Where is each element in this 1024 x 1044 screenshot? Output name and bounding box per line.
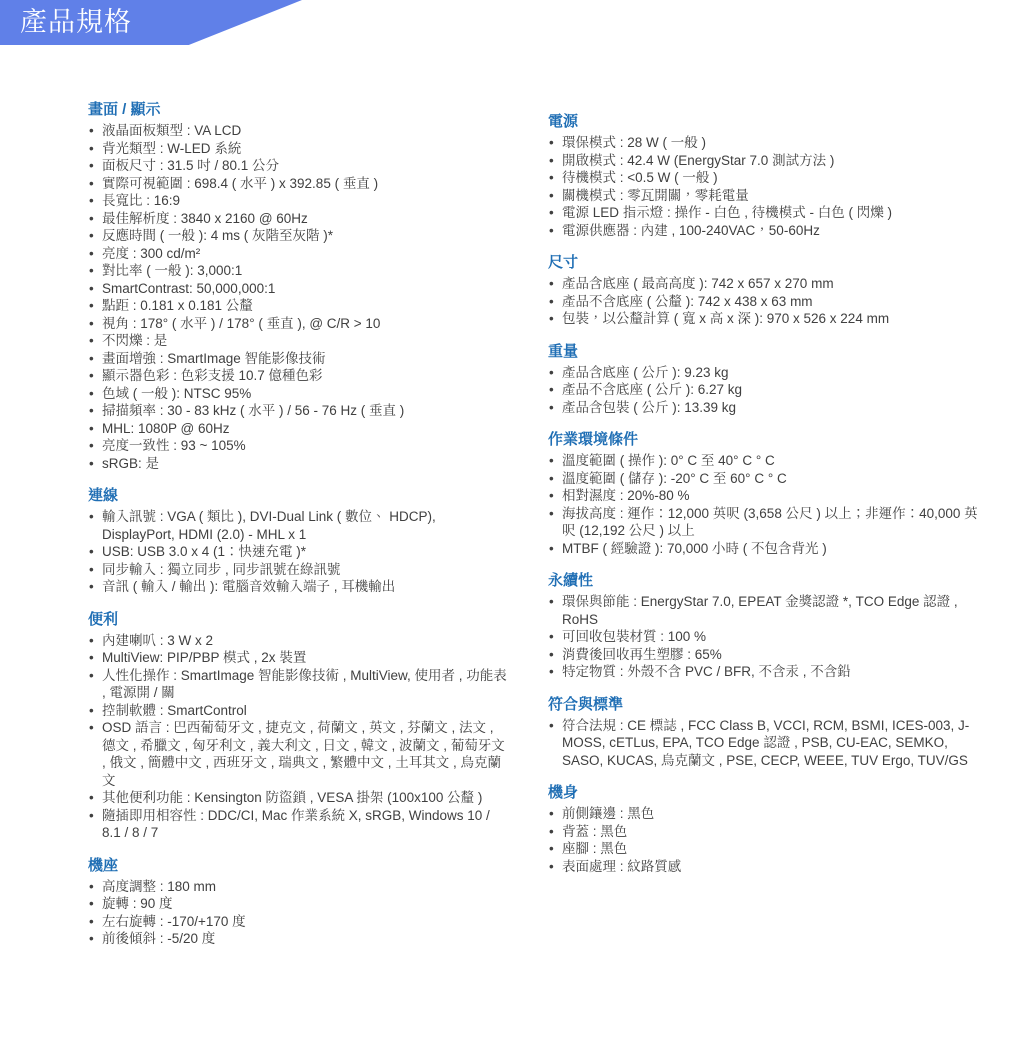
list-item: 色域 ( 一般 ): NTSC 95%: [88, 385, 508, 403]
list-item: 高度調整 : 180 mm: [88, 878, 508, 896]
section-title: 機身: [548, 783, 978, 802]
list-item: 面板尺寸 : 31.5 吋 / 80.1 公分: [88, 157, 508, 175]
spec-section: 連線輸入訊號 : VGA ( 類比 ), DVI-Dual Link ( 數位、…: [88, 486, 508, 596]
list-item: 音訊 ( 輸入 / 輸出 ): 電腦音效輸入端子 , 耳機輸出: [88, 578, 508, 596]
list-item: 待機模式 : <0.5 W ( 一般 ): [548, 169, 978, 187]
spec-section: 尺寸產品含底座 ( 最高高度 ): 742 x 657 x 270 mm產品不含…: [548, 253, 978, 328]
list-item: 亮度一致性 : 93 ~ 105%: [88, 437, 508, 455]
list-item: 環保模式 : 28 W ( 一般 ): [548, 134, 978, 152]
spec-section: 重量產品含底座 ( 公斤 ): 9.23 kg產品不含底座 ( 公斤 ): 6.…: [548, 342, 978, 417]
section-title: 作業環境條件: [548, 430, 978, 449]
list-item: 電源 LED 指示燈 : 操作 - 白色 , 待機模式 - 白色 ( 閃爍 ): [548, 204, 978, 222]
list-item: OSD 語言 : 巴西葡萄牙文 , 捷克文 , 荷蘭文 , 英文 , 芬蘭文 ,…: [88, 719, 508, 789]
list-item: MultiView: PIP/PBP 模式 , 2x 裝置: [88, 649, 508, 667]
spec-section: 作業環境條件溫度範圍 ( 操作 ): 0° C 至 40° C ° C溫度範圍 …: [548, 430, 978, 557]
list-item: USB: USB 3.0 x 4 (1：快速充電 )*: [88, 543, 508, 561]
section-title: 符合與標準: [548, 695, 978, 714]
section-title: 畫面 / 顯示: [88, 100, 508, 119]
section-list: 環保與節能 : EnergyStar 7.0, EPEAT 金獎認證 *, TC…: [548, 593, 978, 681]
list-item: 產品含底座 ( 最高高度 ): 742 x 657 x 270 mm: [548, 275, 978, 293]
left-column: 畫面 / 顯示液晶面板類型 : VA LCD背光類型 : W-LED 系統面板尺…: [88, 100, 508, 948]
list-item: 亮度 : 300 cd/m²: [88, 245, 508, 263]
list-item: 畫面增強 : SmartImage 智能影像技術: [88, 350, 508, 368]
page-banner: 產品規格: [0, 0, 302, 45]
list-item: 液晶面板類型 : VA LCD: [88, 122, 508, 140]
right-column: 電源環保模式 : 28 W ( 一般 )開啟模式 : 42.4 W (Energ…: [548, 112, 978, 875]
list-item: 海拔高度 : 運作：12,000 英呎 (3,658 公尺 ) 以上；非運作：4…: [548, 505, 978, 540]
spec-section: 便利內建喇叭 : 3 W x 2MultiView: PIP/PBP 模式 , …: [88, 610, 508, 842]
list-item: 點距 : 0.181 x 0.181 公釐: [88, 297, 508, 315]
list-item: sRGB: 是: [88, 455, 508, 473]
section-title: 機座: [88, 856, 508, 875]
list-item: 掃描頻率 : 30 - 83 kHz ( 水平 ) / 56 - 76 Hz (…: [88, 402, 508, 420]
section-title: 重量: [548, 342, 978, 361]
list-item: SmartContrast: 50,000,000:1: [88, 280, 508, 298]
list-item: 相對濕度 : 20%-80 %: [548, 487, 978, 505]
list-item: 視角 : 178° ( 水平 ) / 178° ( 垂直 ), @ C/R > …: [88, 315, 508, 333]
section-list: 高度調整 : 180 mm旋轉 : 90 度左右旋轉 : -170/+170 度…: [88, 878, 508, 948]
section-list: 環保模式 : 28 W ( 一般 )開啟模式 : 42.4 W (EnergyS…: [548, 134, 978, 239]
list-item: 產品不含底座 ( 公斤 ): 6.27 kg: [548, 381, 978, 399]
list-item: 關機模式 : 零瓦開關，零耗電量: [548, 187, 978, 205]
list-item: 對比率 ( 一般 ): 3,000:1: [88, 262, 508, 280]
list-item: 前後傾斜 : -5/20 度: [88, 930, 508, 948]
spec-section: 機身前側鑲邊 : 黑色背蓋 : 黑色座腳 : 黑色表面處理 : 紋路質感: [548, 783, 978, 875]
list-item: 前側鑲邊 : 黑色: [548, 805, 978, 823]
spec-page: 產品規格 畫面 / 顯示液晶面板類型 : VA LCD背光類型 : W-LED …: [0, 0, 1024, 1044]
list-item: 背光類型 : W-LED 系統: [88, 140, 508, 158]
list-item: 消費後回收再生塑膠 : 65%: [548, 646, 978, 664]
list-item: 座腳 : 黑色: [548, 840, 978, 858]
list-item: 長寬比 : 16:9: [88, 192, 508, 210]
list-item: 不閃爍 : 是: [88, 332, 508, 350]
list-item: 包裝，以公釐計算 ( 寬 x 高 x 深 ): 970 x 526 x 224 …: [548, 310, 978, 328]
section-title: 尺寸: [548, 253, 978, 272]
list-item: 左右旋轉 : -170/+170 度: [88, 913, 508, 931]
list-item: 其他便利功能 : Kensington 防盜鎖 , VESA 掛架 (100x1…: [88, 789, 508, 807]
list-item: 溫度範圍 ( 儲存 ): -20° C 至 60° C ° C: [548, 470, 978, 488]
spec-section: 機座高度調整 : 180 mm旋轉 : 90 度左右旋轉 : -170/+170…: [88, 856, 508, 948]
list-item: 產品含包裝 ( 公斤 ): 13.39 kg: [548, 399, 978, 417]
list-item: 反應時間 ( 一般 ): 4 ms ( 灰階至灰階 )*: [88, 227, 508, 245]
section-list: 前側鑲邊 : 黑色背蓋 : 黑色座腳 : 黑色表面處理 : 紋路質感: [548, 805, 978, 875]
list-item: 開啟模式 : 42.4 W (EnergyStar 7.0 測試方法 ): [548, 152, 978, 170]
list-item: 旋轉 : 90 度: [88, 895, 508, 913]
list-item: 人性化操作 : SmartImage 智能影像技術 , MultiView, 使…: [88, 667, 508, 702]
list-item: 控制軟體 : SmartControl: [88, 702, 508, 720]
list-item: 產品含底座 ( 公斤 ): 9.23 kg: [548, 364, 978, 382]
list-item: 內建喇叭 : 3 W x 2: [88, 632, 508, 650]
section-list: 產品含底座 ( 公斤 ): 9.23 kg產品不含底座 ( 公斤 ): 6.27…: [548, 364, 978, 417]
list-item: 產品不含底座 ( 公釐 ): 742 x 438 x 63 mm: [548, 293, 978, 311]
section-list: 溫度範圍 ( 操作 ): 0° C 至 40° C ° C溫度範圍 ( 儲存 )…: [548, 452, 978, 557]
list-item: 電源供應器 : 內建 , 100-240VAC，50-60Hz: [548, 222, 978, 240]
section-list: 符合法規 : CE 標誌 , FCC Class B, VCCI, RCM, B…: [548, 717, 978, 770]
spec-section: 符合與標準符合法規 : CE 標誌 , FCC Class B, VCCI, R…: [548, 695, 978, 770]
list-item: 同步輸入 : 獨立同步 , 同步訊號在綠訊號: [88, 561, 508, 579]
section-list: 內建喇叭 : 3 W x 2MultiView: PIP/PBP 模式 , 2x…: [88, 632, 508, 842]
list-item: 特定物質 : 外殼不含 PVC / BFR, 不含汞 , 不含鉛: [548, 663, 978, 681]
list-item: 隨插即用相容性 : DDC/CI, Mac 作業系統 X, sRGB, Wind…: [88, 807, 508, 842]
list-item: 實際可視範圍 : 698.4 ( 水平 ) x 392.85 ( 垂直 ): [88, 175, 508, 193]
list-item: 最佳解析度 : 3840 x 2160 @ 60Hz: [88, 210, 508, 228]
list-item: 可回收包裝材質 : 100 %: [548, 628, 978, 646]
list-item: 顯示器色彩 : 色彩支援 10.7 億種色彩: [88, 367, 508, 385]
page-title: 產品規格: [0, 0, 302, 44]
list-item: 背蓋 : 黑色: [548, 823, 978, 841]
list-item: 輸入訊號 : VGA ( 類比 ), DVI-Dual Link ( 數位、 H…: [88, 508, 508, 543]
section-list: 輸入訊號 : VGA ( 類比 ), DVI-Dual Link ( 數位、 H…: [88, 508, 508, 596]
list-item: MHL: 1080P @ 60Hz: [88, 420, 508, 438]
section-title: 電源: [548, 112, 978, 131]
list-item: MTBF ( 經驗證 ): 70,000 小時 ( 不包含背光 ): [548, 540, 978, 558]
list-item: 溫度範圍 ( 操作 ): 0° C 至 40° C ° C: [548, 452, 978, 470]
section-title: 便利: [88, 610, 508, 629]
list-item: 環保與節能 : EnergyStar 7.0, EPEAT 金獎認證 *, TC…: [548, 593, 978, 628]
list-item: 符合法規 : CE 標誌 , FCC Class B, VCCI, RCM, B…: [548, 717, 978, 770]
section-list: 液晶面板類型 : VA LCD背光類型 : W-LED 系統面板尺寸 : 31.…: [88, 122, 508, 472]
spec-section: 永續性環保與節能 : EnergyStar 7.0, EPEAT 金獎認證 *,…: [548, 571, 978, 681]
list-item: 表面處理 : 紋路質感: [548, 858, 978, 876]
spec-section: 電源環保模式 : 28 W ( 一般 )開啟模式 : 42.4 W (Energ…: [548, 112, 978, 239]
section-title: 永續性: [548, 571, 978, 590]
section-title: 連線: [88, 486, 508, 505]
section-list: 產品含底座 ( 最高高度 ): 742 x 657 x 270 mm產品不含底座…: [548, 275, 978, 328]
spec-section: 畫面 / 顯示液晶面板類型 : VA LCD背光類型 : W-LED 系統面板尺…: [88, 100, 508, 472]
